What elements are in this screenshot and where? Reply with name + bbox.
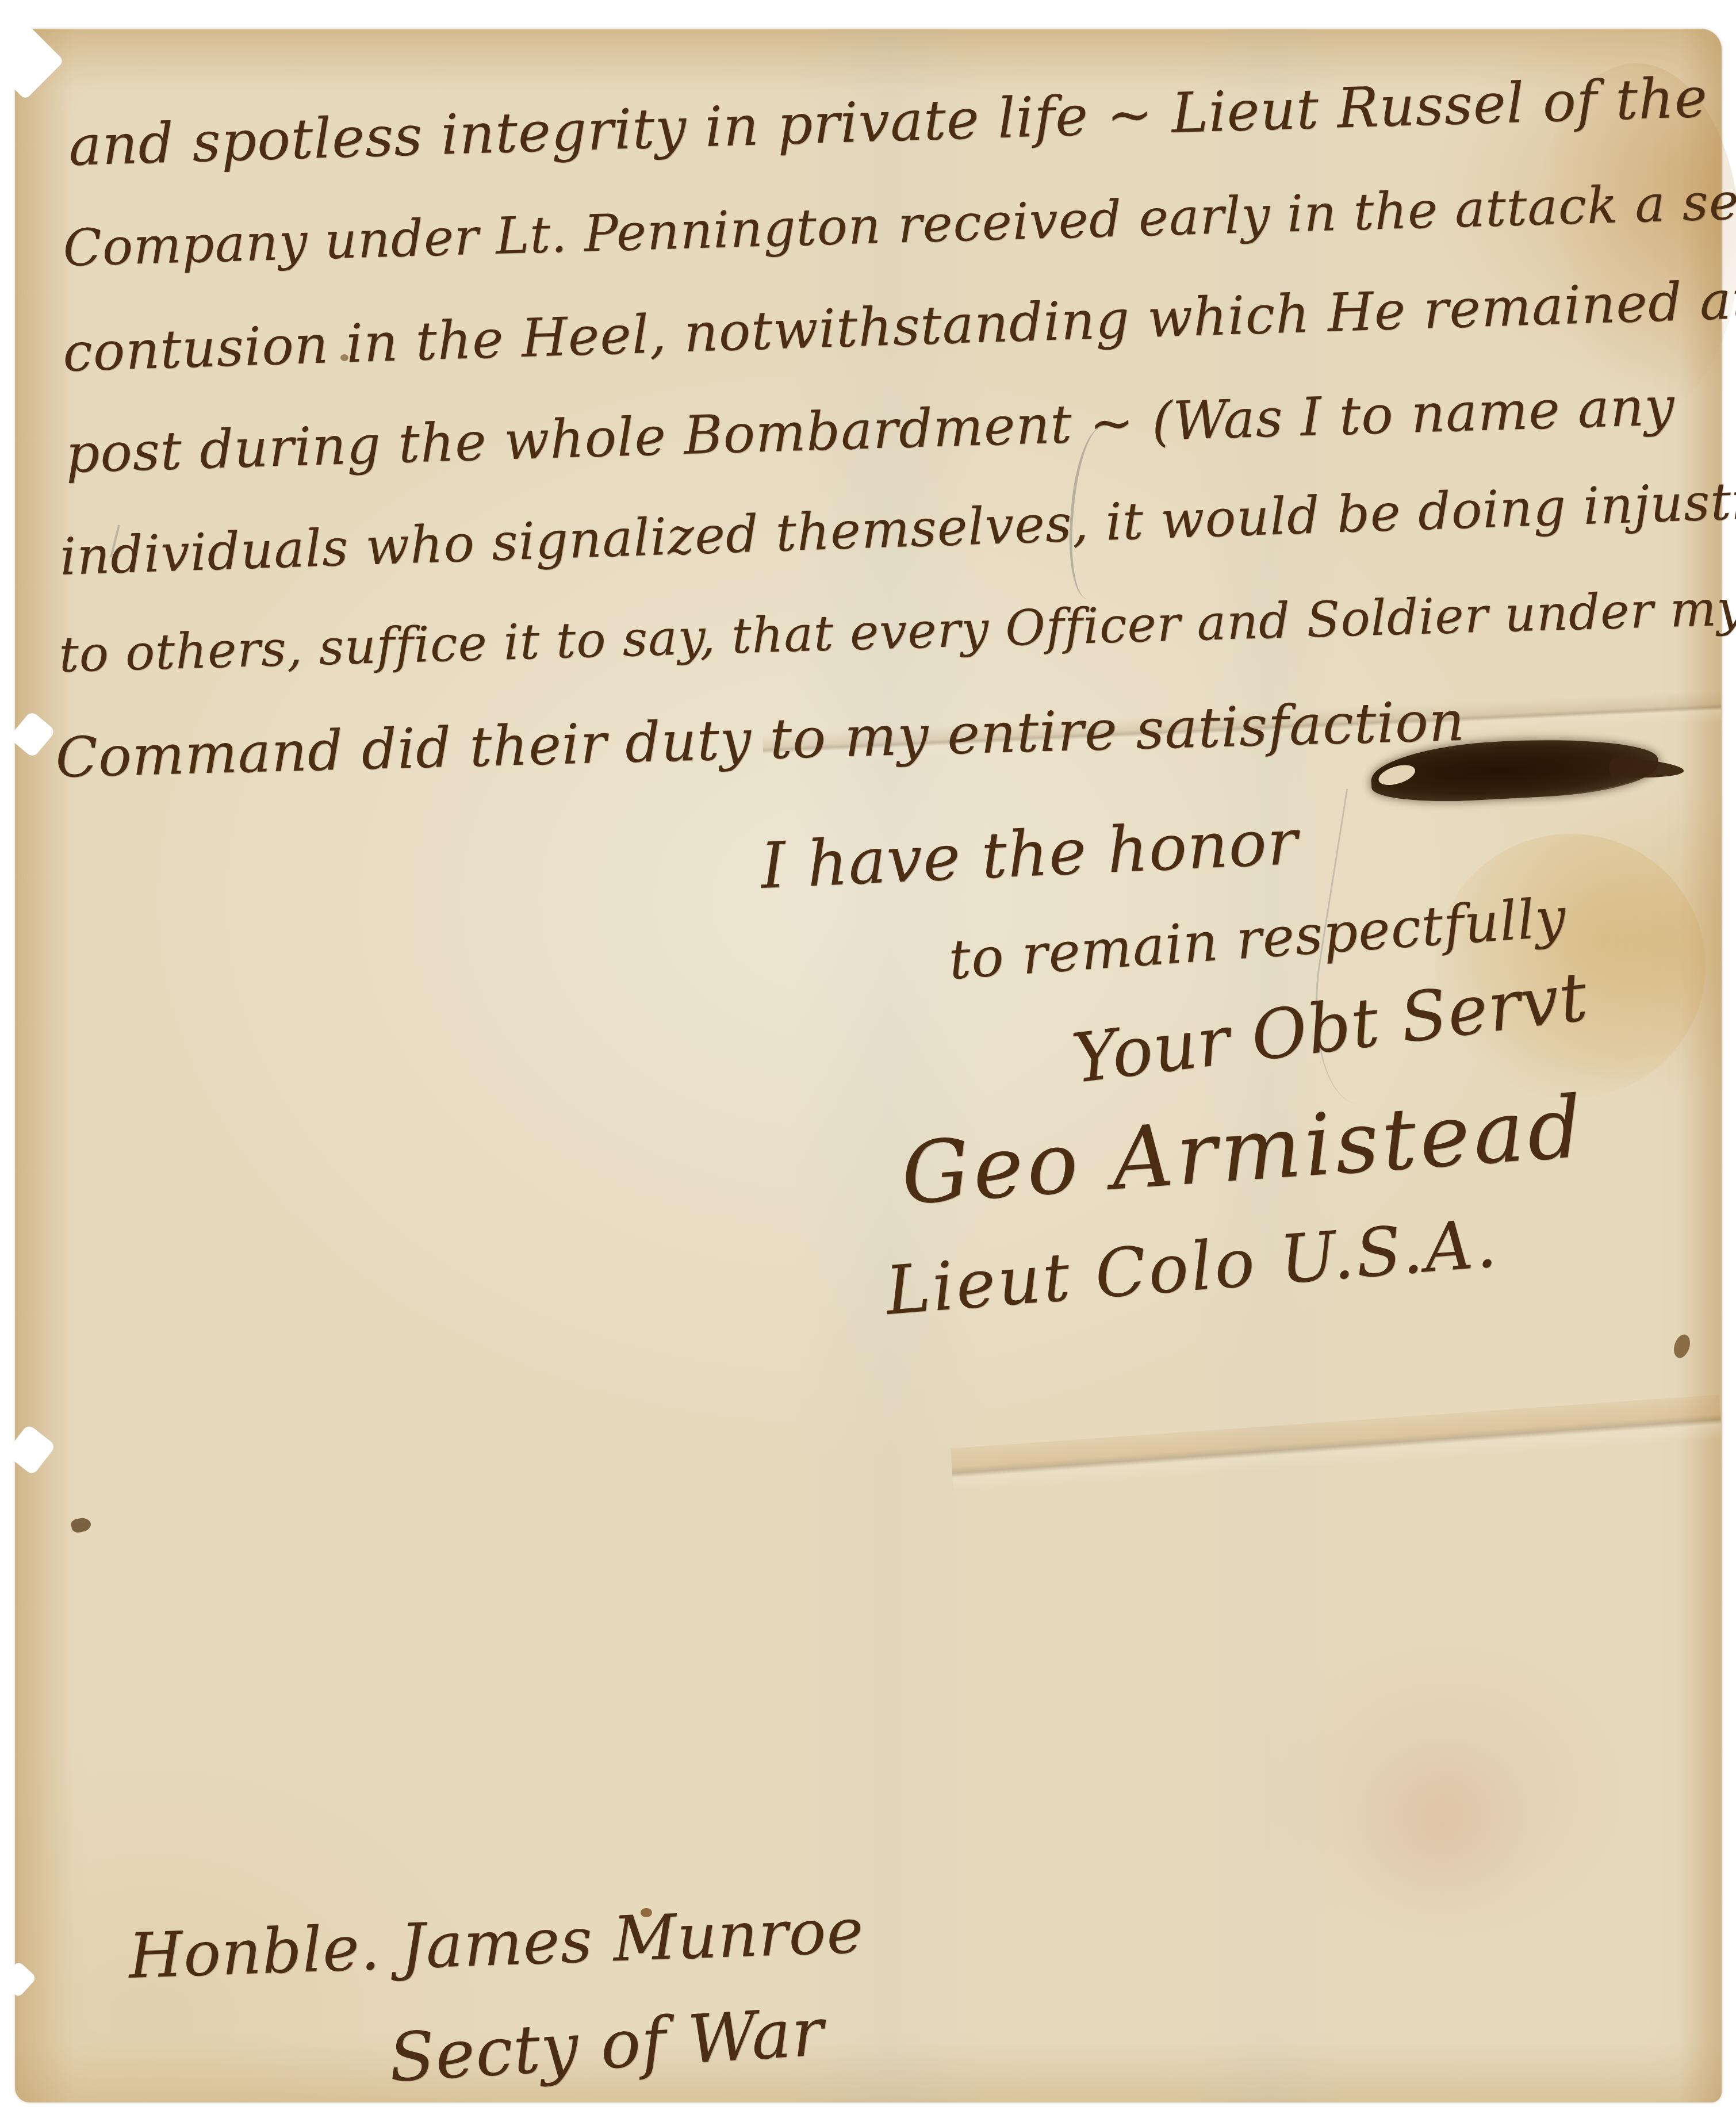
closing-line: I have the honor xyxy=(759,805,1300,903)
age-stain xyxy=(1338,1731,1545,1921)
signature-title: Lieut Colo U.S.A. xyxy=(883,1205,1501,1330)
address-line-title: Secty of War xyxy=(387,1993,826,2097)
address-line-recipient: Honble. James Munroe xyxy=(128,1895,865,1993)
letter-body-line: individuals who signalized themselves, i… xyxy=(59,469,1736,587)
letter-body-line: Company under Lt. Pennington received ea… xyxy=(62,168,1736,278)
signature: Geo Armistead xyxy=(898,1077,1588,1224)
clipped-corner xyxy=(0,22,64,100)
edge-tear xyxy=(5,1424,56,1476)
letter-body-line: contusion in the Heel, notwithstanding w… xyxy=(62,266,1736,384)
letter-body-line: to others, suffice it to say, that every… xyxy=(58,580,1736,684)
edge-tear xyxy=(0,1960,37,1998)
ink-speck xyxy=(70,1516,92,1534)
ink-blot-gap xyxy=(1376,761,1417,789)
letter-body-line: and spotless integrity in private life ~… xyxy=(68,65,1709,178)
fold-crease-lower xyxy=(951,1395,1722,1493)
letter-body-line: Command did their duty to my entire sati… xyxy=(55,689,1466,790)
edge-tear xyxy=(9,710,56,758)
letter-scan: and spotless integrity in private life ~… xyxy=(0,0,1736,2122)
letter-body-line: post during the whole Bombardment ~ (Was… xyxy=(65,376,1676,485)
ink-blot-tail xyxy=(1608,757,1684,781)
ink-speck xyxy=(1671,1332,1693,1360)
letter-page: and spotless integrity in private life ~… xyxy=(15,29,1722,2102)
